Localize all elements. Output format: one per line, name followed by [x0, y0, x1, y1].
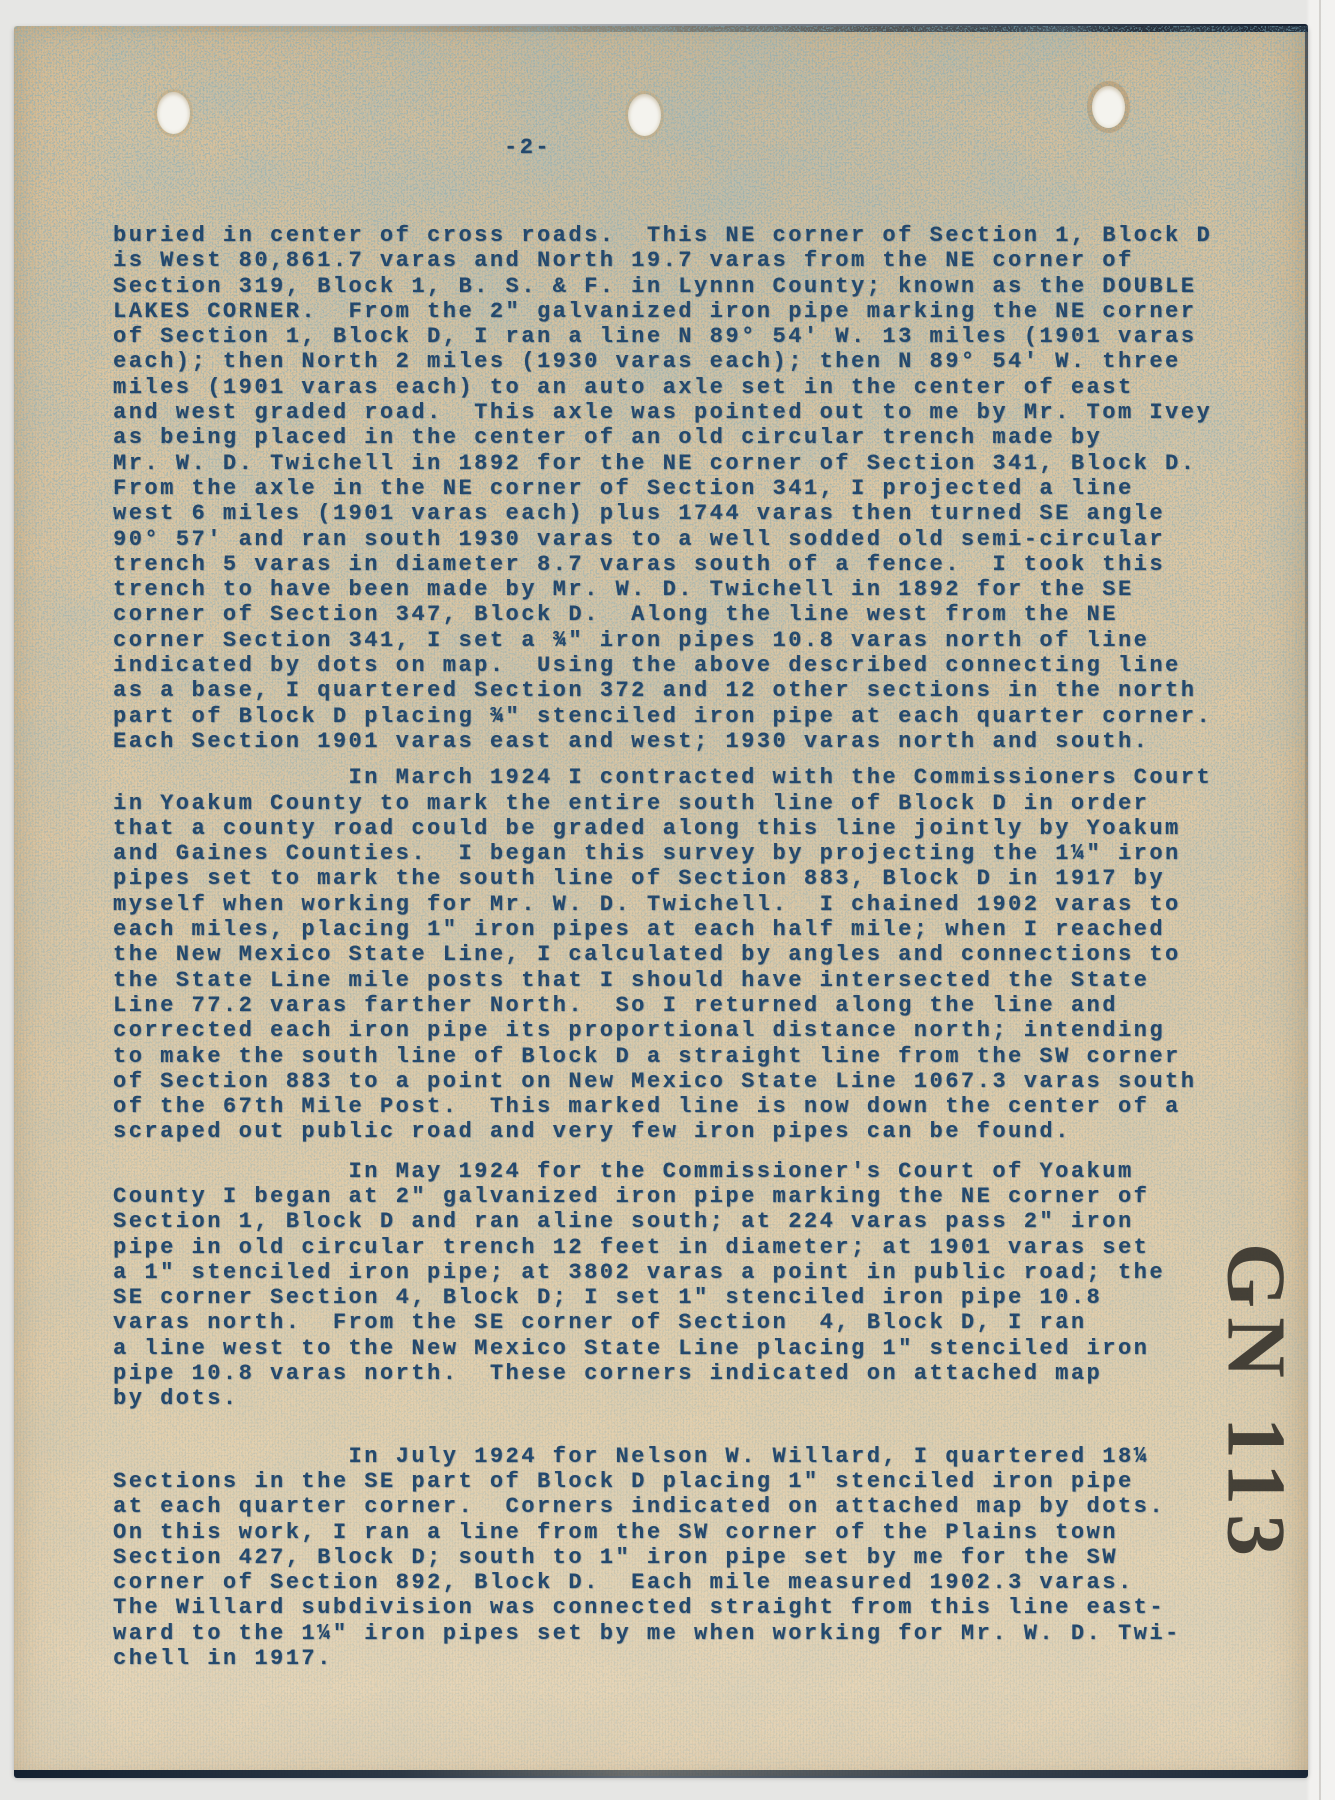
archive-stamp: GN 113	[1208, 1243, 1305, 1565]
scanner-crease	[1319, 0, 1321, 1800]
punch-hole-right	[1092, 86, 1125, 128]
punch-hole-left	[157, 92, 190, 134]
paper-right-edge	[1305, 28, 1308, 1008]
paragraph-2: In March 1924 I contracted with the Comm…	[113, 765, 1212, 1144]
document-body: buried in center of cross roads. This NE…	[113, 223, 1212, 1671]
page-number: -2-	[504, 135, 551, 160]
paragraph-4: In July 1924 for Nelson W. Willard, I qu…	[113, 1444, 1212, 1672]
paragraph-3: In May 1924 for the Commissioner's Court…	[113, 1159, 1212, 1412]
document-page: -2- buried in center of cross roads. Thi…	[14, 26, 1308, 1776]
paragraph-1: buried in center of cross roads. This NE…	[113, 223, 1212, 754]
punch-hole-center	[628, 94, 661, 136]
